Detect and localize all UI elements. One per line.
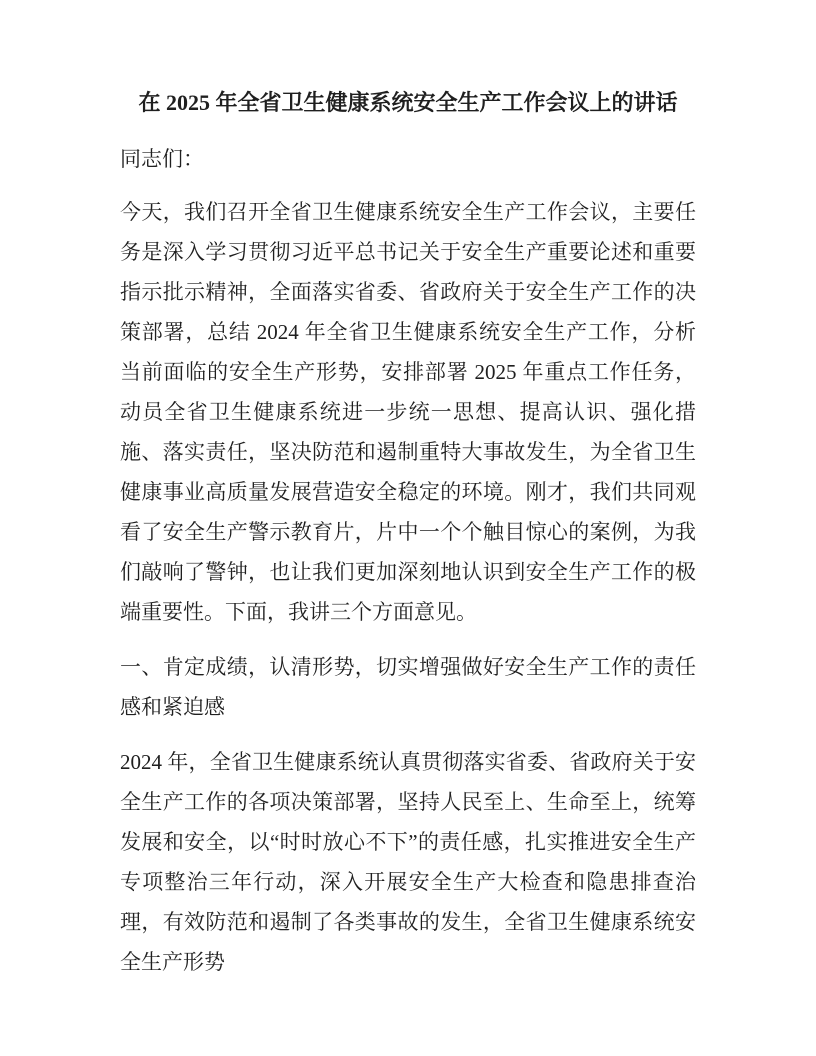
document-title: 在 2025 年全省卫生健康系统安全生产工作会议上的讲话 <box>120 83 696 123</box>
section-heading-1: 一、肯定成绩，认清形势，切实增强做好安全生产工作的责任感和紧迫感 <box>120 647 696 727</box>
paragraph-section-1-body: 2024 年，全省卫生健康系统认真贯彻落实省委、省政府关于安全生产工作的各项决策… <box>120 742 696 982</box>
document-page: 在 2025 年全省卫生健康系统安全生产工作会议上的讲话 同志们： 今天，我们召… <box>0 0 816 1056</box>
paragraph-intro: 今天，我们召开全省卫生健康系统安全生产工作会议，主要任务是深入学习贯彻习近平总书… <box>120 192 696 632</box>
salutation: 同志们： <box>120 139 696 179</box>
